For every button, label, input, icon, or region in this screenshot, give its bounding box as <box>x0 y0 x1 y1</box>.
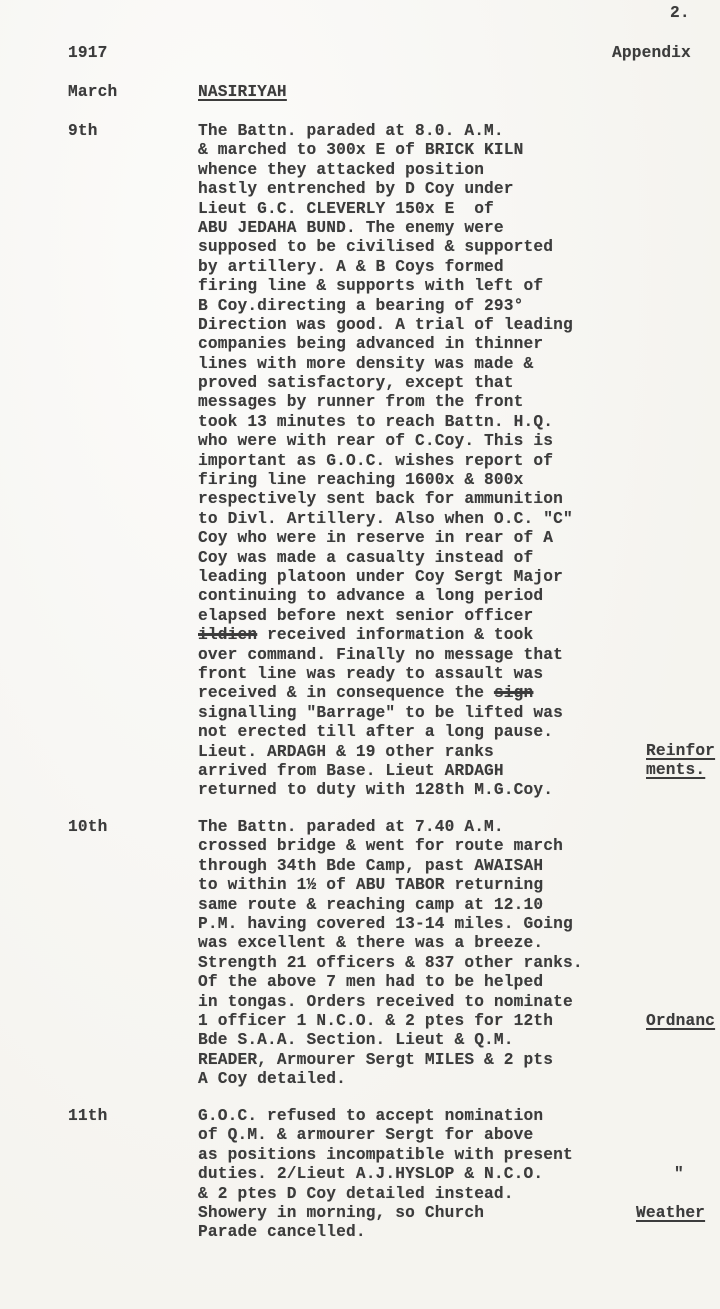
entry-date: 9th <box>68 122 98 141</box>
entry-line-with-strikeout: ildien received information & took <box>198 626 573 645</box>
entry-line: READER, Armourer Sergt MILES & 2 pts <box>198 1051 583 1070</box>
entry-line: 1 officer 1 N.C.O. & 2 ptes for 12th <box>198 1012 583 1031</box>
year-heading: 1917 <box>68 44 107 63</box>
entry-line: B Coy.directing a bearing of 293° <box>198 297 573 316</box>
entry-line: Coy who were in reserve in rear of A <box>198 529 573 548</box>
month-heading: March <box>68 83 117 102</box>
entry-line: to within 1½ of ABU TABOR returning <box>198 876 583 895</box>
struck-out-text: ildien <box>198 626 257 644</box>
entry-line: returned to duty with 128th M.G.Coy. <box>198 781 573 800</box>
entry-line: front line was ready to assault was <box>198 665 573 684</box>
entry-line: over command. Finally no message that <box>198 646 573 665</box>
entry-line: lines with more density was made & <box>198 355 573 374</box>
entry-date: 10th <box>68 818 107 837</box>
entry-line: Strength 21 officers & 837 other ranks. <box>198 954 583 973</box>
entry-line: to Divl. Artillery. Also when O.C. "C" <box>198 510 573 529</box>
margin-note-ditto-mark: " <box>674 1165 684 1184</box>
entry-line: who were with rear of C.Coy. This is <box>198 432 573 451</box>
entry-line: respectively sent back for ammunition <box>198 490 573 509</box>
entry-line: firing line reaching 1600x & 800x <box>198 471 573 490</box>
entry-line: leading platoon under Coy Sergt Major <box>198 568 573 587</box>
entry-body: The Battn. paraded at 7.40 A.M. crossed … <box>198 818 583 1089</box>
entry-line: crossed bridge & went for route march <box>198 837 583 856</box>
margin-note-reinforcements-cont: ments. <box>646 761 705 780</box>
entry-line: P.M. having covered 13-14 miles. Going <box>198 915 583 934</box>
entry-line: signalling "Barrage" to be lifted was <box>198 704 573 723</box>
entry-line: Direction was good. A trial of leading <box>198 316 573 335</box>
entry-line: by artillery. A & B Coys formed <box>198 258 573 277</box>
entry-line: proved satisfactory, except that <box>198 374 573 393</box>
appendix-label: Appendix <box>612 44 691 63</box>
entry-line: Of the above 7 men had to be helped <box>198 973 583 992</box>
entry-line: messages by runner from the front <box>198 393 573 412</box>
entry-date: 11th <box>68 1107 107 1126</box>
entry-line: supposed to be civilised & supported <box>198 238 573 257</box>
struck-out-text: sign <box>494 684 533 702</box>
entry-line: important as G.O.C. wishes report of <box>198 452 573 471</box>
entry-body: G.O.C. refused to accept nomination of Q… <box>198 1107 573 1243</box>
entry-line: & 2 ptes D Coy detailed instead. <box>198 1185 573 1204</box>
entry-line: Lieut. ARDAGH & 19 other ranks <box>198 743 573 762</box>
entry-line: as positions incompatible with present <box>198 1146 573 1165</box>
entry-body: The Battn. paraded at 8.0. A.M. & marche… <box>198 122 573 801</box>
entry-line: & marched to 300x E of BRICK KILN <box>198 141 573 160</box>
entry-line: not erected till after a long pause. <box>198 723 573 742</box>
margin-note-reinforcements: Reinfor <box>646 742 715 761</box>
entry-line: same route & reaching camp at 12.10 <box>198 896 583 915</box>
entry-line: Lieut G.C. CLEVERLY 150x E of <box>198 200 573 219</box>
entry-line: A Coy detailed. <box>198 1070 583 1089</box>
entry-line: Bde S.A.A. Section. Lieut & Q.M. <box>198 1031 583 1050</box>
entry-line: firing line & supports with left of <box>198 277 573 296</box>
entry-line-with-strikeout: received & in consequence the sign <box>198 684 573 703</box>
entry-line: G.O.C. refused to accept nomination <box>198 1107 573 1126</box>
entry-line: Parade cancelled. <box>198 1223 573 1242</box>
entry-line: through 34th Bde Camp, past AWAISAH <box>198 857 583 876</box>
location-heading: NASIRIYAH <box>198 83 287 102</box>
margin-note-ordnance: Ordnanc <box>646 1012 715 1031</box>
entry-line: elapsed before next senior officer <box>198 607 573 626</box>
entry-line: arrived from Base. Lieut ARDAGH <box>198 762 573 781</box>
entry-line: ABU JEDAHA BUND. The enemy were <box>198 219 573 238</box>
entry-line: continuing to advance a long period <box>198 587 573 606</box>
entry-line: The Battn. paraded at 8.0. A.M. <box>198 122 573 141</box>
entry-line: hastly entrenched by D Coy under <box>198 180 573 199</box>
page-number: 2. <box>670 4 690 23</box>
entry-line: Showery in morning, so Church <box>198 1204 573 1223</box>
entry-line: duties. 2/Lieut A.J.HYSLOP & N.C.O. <box>198 1165 573 1184</box>
entry-line: in tongas. Orders received to nominate <box>198 993 583 1012</box>
entry-line: was excellent & there was a breeze. <box>198 934 583 953</box>
entry-line: The Battn. paraded at 7.40 A.M. <box>198 818 583 837</box>
entry-line: Coy was made a casualty instead of <box>198 549 573 568</box>
document-page: 2. 1917 Appendix March NASIRIYAH 9th The… <box>0 0 720 1309</box>
entry-line: companies being advanced in thinner <box>198 335 573 354</box>
entry-line: of Q.M. & armourer Sergt for above <box>198 1126 573 1145</box>
margin-note-weather: Weather <box>636 1204 705 1223</box>
entry-line: took 13 minutes to reach Battn. H.Q. <box>198 413 573 432</box>
entry-line: whence they attacked position <box>198 161 573 180</box>
